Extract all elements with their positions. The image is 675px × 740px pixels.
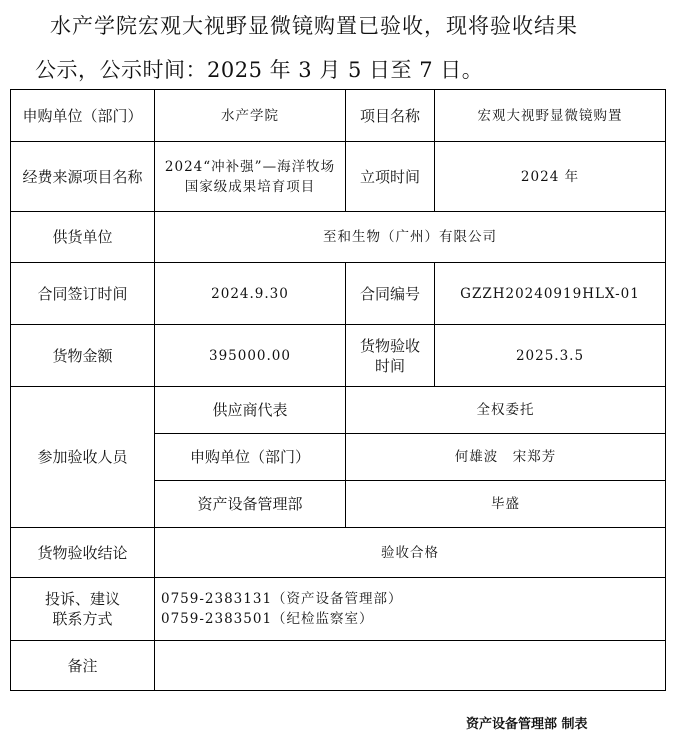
purchasing-unit-label: 申购单位（部门） (11, 90, 155, 142)
participant-names: 全权委托 (346, 387, 666, 434)
funding-source-line1: 2024“冲补强”—海洋牧场 (159, 157, 341, 177)
acceptance-time-label-line1: 货物验收 (350, 336, 430, 356)
participant-role: 资产设备管理部 (155, 481, 346, 528)
remarks-label: 备注 (11, 641, 155, 691)
contact-value: 0759-2383131（资产设备管理部） 0759-2383501（纪检监察室… (155, 578, 666, 641)
contact-label: 投诉、建议 联系方式 (11, 578, 155, 641)
table-row: 经费来源项目名称 2024“冲补强”—海洋牧场 国家级成果培育项目 立项时间 2… (11, 142, 666, 212)
project-time-value: 2024 年 (435, 142, 666, 212)
participants-label: 参加验收人员 (11, 387, 155, 528)
footer-prepared-by: 资产设备管理部 制表 (466, 713, 588, 732)
contact-label-line1: 投诉、建议 (15, 589, 150, 609)
conclusion-value: 验收合格 (155, 528, 666, 578)
table-row: 货物金额 395000.00 货物验收 时间 2025.3.5 (11, 325, 666, 387)
participant-names: 毕盛 (346, 481, 666, 528)
acceptance-time-label: 货物验收 时间 (346, 325, 435, 387)
notice-title-line2: 公示，公示时间：2025 年 3 月 5 日至 7 日。 (35, 54, 483, 84)
table-row: 参加验收人员 供应商代表 全权委托 (11, 387, 666, 434)
amount-label: 货物金额 (11, 325, 155, 387)
conclusion-label: 货物验收结论 (11, 528, 155, 578)
participant-role: 供应商代表 (155, 387, 346, 434)
participant-names: 何雄波 宋郑芳 (346, 434, 666, 481)
amount-value: 395000.00 (155, 325, 346, 387)
contract-date-label: 合同签订时间 (11, 263, 155, 325)
project-name-value: 宏观大视野显微镜购置 (435, 90, 666, 142)
contact-phone-discipline: 0759-2383501（纪检监察室） (161, 609, 661, 629)
contact-label-line2: 联系方式 (15, 609, 150, 629)
contract-no-value: GZZH20240919HLX-01 (435, 263, 666, 325)
contract-date-value: 2024.9.30 (155, 263, 346, 325)
table-row: 供货单位 至和生物（广州）有限公司 (11, 212, 666, 263)
table-row: 备注 (11, 641, 666, 691)
table-row: 货物验收结论 验收合格 (11, 528, 666, 578)
table-row: 投诉、建议 联系方式 0759-2383131（资产设备管理部） 0759-23… (11, 578, 666, 641)
participant-role: 申购单位（部门） (155, 434, 346, 481)
contact-phone-assets: 0759-2383131（资产设备管理部） (161, 589, 661, 609)
acceptance-time-label-line2: 时间 (350, 356, 430, 376)
project-time-label: 立项时间 (346, 142, 435, 212)
funding-source-value: 2024“冲补强”—海洋牧场 国家级成果培育项目 (155, 142, 346, 212)
remarks-value (155, 641, 666, 691)
table-row: 申购单位（部门） 水产学院 项目名称 宏观大视野显微镜购置 (11, 90, 666, 142)
funding-source-line2: 国家级成果培育项目 (159, 177, 341, 197)
project-name-label: 项目名称 (346, 90, 435, 142)
funding-source-label: 经费来源项目名称 (11, 142, 155, 212)
acceptance-time-value: 2025.3.5 (435, 325, 666, 387)
table-row: 合同签订时间 2024.9.30 合同编号 GZZH20240919HLX-01 (11, 263, 666, 325)
acceptance-table: 申购单位（部门） 水产学院 项目名称 宏观大视野显微镜购置 经费来源项目名称 2… (10, 89, 666, 691)
notice-title-line1: 水产学院宏观大视野显微镜购置已验收，现将验收结果 (50, 10, 578, 40)
purchasing-unit-value: 水产学院 (155, 90, 346, 142)
supplier-label: 供货单位 (11, 212, 155, 263)
supplier-value: 至和生物（广州）有限公司 (155, 212, 666, 263)
contract-no-label: 合同编号 (346, 263, 435, 325)
